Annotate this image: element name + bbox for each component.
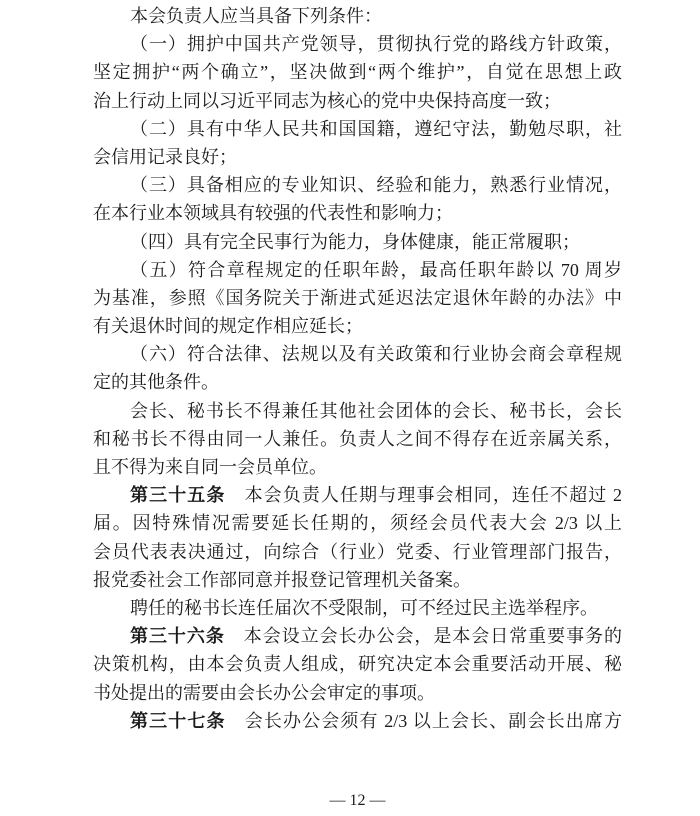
text-line: 定的其他条件。 (93, 368, 622, 396)
article-number: 第三十六条 (130, 626, 225, 646)
text-line: 在本行业本领域具有较强的代表性和影响力； (93, 199, 622, 227)
text-line: 会信用记录良好； (93, 143, 622, 171)
text-line: 本会负责人应当具备下列条件： (93, 2, 622, 30)
text-line: 决策机构，由本会负责人组成，研究决定本会重要活动开展、秘 (93, 650, 622, 678)
text-line: 第三十六条 本会设立会长办公会，是本会日常重要事务的 (93, 622, 622, 650)
text-line: （六）符合法律、法规以及有关政策和行业协会商会章程规 (93, 340, 622, 368)
document-body: 本会负责人应当具备下列条件：（一）拥护中国共产党领导，贯彻执行党的路线方针政策，… (93, 2, 622, 735)
document-page: 本会负责人应当具备下列条件：（一）拥护中国共产党领导，贯彻执行党的路线方针政策，… (0, 0, 700, 816)
text-line: （三）具备相应的专业知识、经验和能力，熟悉行业情况， (93, 171, 622, 199)
text-line: 书处提出的需要由会长办公会审定的事项。 (93, 679, 622, 707)
text-line: （一）拥护中国共产党领导，贯彻执行党的路线方针政策， (93, 30, 622, 58)
text-line: 有关退休时间的规定作相应延长； (93, 312, 622, 340)
text-line: 治上行动上同以习近平同志为核心的党中央保持高度一致； (93, 87, 622, 115)
text-line: （五）符合章程规定的任职年龄，最高任职年龄以 70 周岁 (93, 256, 622, 284)
text-line: 第三十七条 会长办公会须有 2/3 以上会长、副会长出席方 (93, 707, 622, 735)
text-line: （二）具有中华人民共和国国籍，遵纪守法，勤勉尽职，社 (93, 115, 622, 143)
text-line: 和秘书长不得由同一人兼任。负责人之间不得存在近亲属关系， (93, 425, 622, 453)
article-number: 第三十五条 (130, 485, 225, 505)
text-line: 坚定拥护“两个确立”，坚决做到“两个维护”，自觉在思想上政 (93, 58, 622, 86)
page-number: — 12 — (330, 792, 386, 809)
text-line: 会长、秘书长不得兼任其他社会团体的会长、秘书长，会长 (93, 397, 622, 425)
text-line: 且不得为来自同一会员单位。 (93, 453, 622, 481)
text-line: 为基准，参照《国务院关于渐进式延迟法定退休年龄的办法》中 (93, 284, 622, 312)
page-footer: — 12 — (93, 791, 622, 811)
text-line: 会员代表表决通过，向综合（行业）党委、行业管理部门报告， (93, 538, 622, 566)
article-number: 第三十七条 (130, 711, 226, 731)
text-line: 届。因特殊情况需要延长任期的，须经会员代表大会 2/3 以上 (93, 509, 622, 537)
text-line: 报党委社会工作部同意并报登记管理机关备案。 (93, 566, 622, 594)
text-line: （四）具有完全民事行为能力，身体健康，能正常履职； (93, 228, 622, 256)
text-line: 聘任的秘书长连任届次不受限制，可不经过民主选举程序。 (93, 594, 622, 622)
text-line: 第三十五条 本会负责人任期与理事会相同，连任不超过 2 (93, 481, 622, 509)
